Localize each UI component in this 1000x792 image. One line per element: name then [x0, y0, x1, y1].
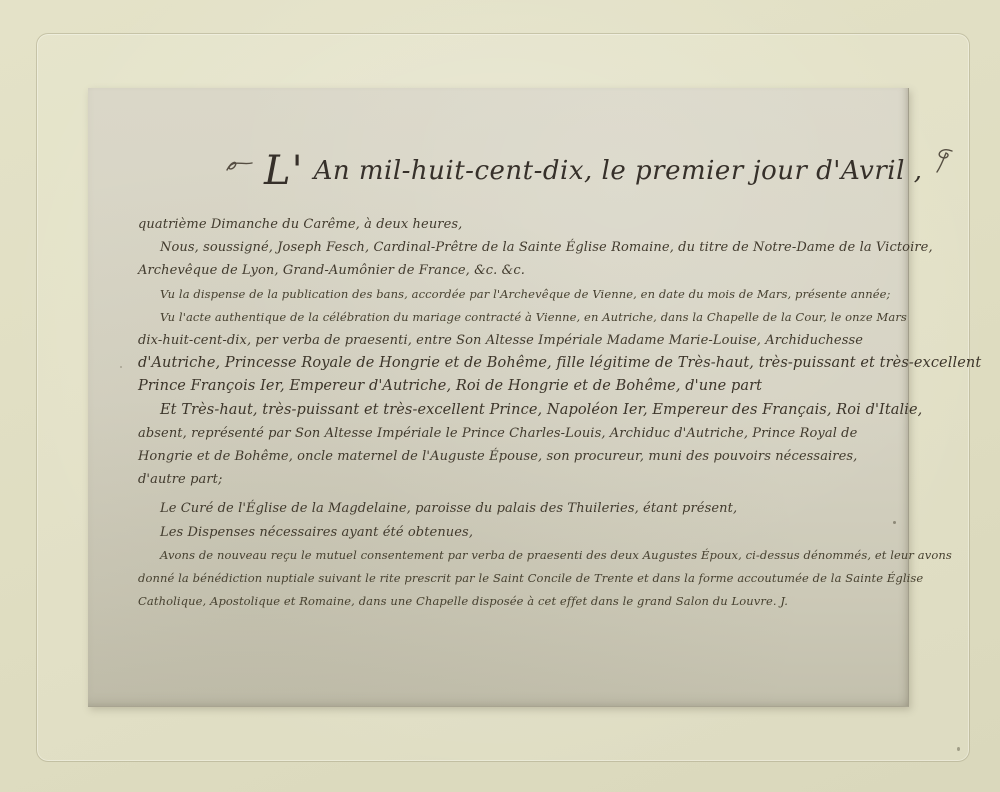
lead-flourish-icon	[224, 149, 254, 193]
manuscript-line: d'Autriche, Princesse Royale de Hongrie …	[138, 352, 904, 375]
manuscript-line: donné la bénédiction nuptiale suivant le…	[138, 567, 904, 590]
manuscript-text-block: L' An mil-huit-cent-dix, le premier jour…	[138, 146, 904, 613]
end-flourish-icon	[932, 146, 958, 193]
manuscript-page: L' An mil-huit-cent-dix, le premier jour…	[88, 88, 909, 707]
manuscript-line: absent, représenté par Son Altesse Impér…	[138, 422, 904, 445]
title-initial: L'	[264, 149, 304, 193]
manuscript-line: Les Dispenses nécessaires ayant été obte…	[160, 521, 904, 544]
photo-canvas: L' An mil-huit-cent-dix, le premier jour…	[0, 0, 1000, 792]
manuscript-line: Et Très-haut, très-puissant et très-exce…	[160, 399, 904, 422]
manuscript-line: Vu l'acte authentique de la célébration …	[160, 306, 904, 329]
manuscript-line: Le Curé de l'Église de la Magdelaine, pa…	[160, 497, 904, 520]
title-text: An mil-huit-cent-dix, le premier jour d'…	[314, 149, 923, 193]
manuscript-line: d'autre part;	[138, 468, 904, 491]
manuscript-line: Nous, soussigné, Joseph Fesch, Cardinal-…	[160, 236, 904, 259]
ink-speck	[120, 366, 122, 368]
manuscript-title-line: L' An mil-huit-cent-dix, le premier jour…	[224, 146, 904, 193]
ink-speck	[893, 521, 896, 524]
manuscript-line: quatrième Dimanche du Carême, à deux heu…	[138, 213, 904, 236]
ink-speck	[957, 747, 960, 751]
manuscript-line: Catholique, Apostolique et Romaine, dans…	[138, 590, 904, 613]
manuscript-line: Vu la dispense de la publication des ban…	[160, 283, 904, 306]
manuscript-line: Hongrie et de Bohême, oncle maternel de …	[138, 445, 904, 468]
manuscript-line: Avons de nouveau reçu le mutuel consente…	[160, 544, 904, 567]
manuscript-line: dix-huit-cent-dix, per verba de praesent…	[138, 329, 904, 352]
manuscript-line: Archevêque de Lyon, Grand-Aumônier de Fr…	[138, 259, 904, 282]
manuscript-line: Prince François Ier, Empereur d'Autriche…	[138, 375, 904, 398]
